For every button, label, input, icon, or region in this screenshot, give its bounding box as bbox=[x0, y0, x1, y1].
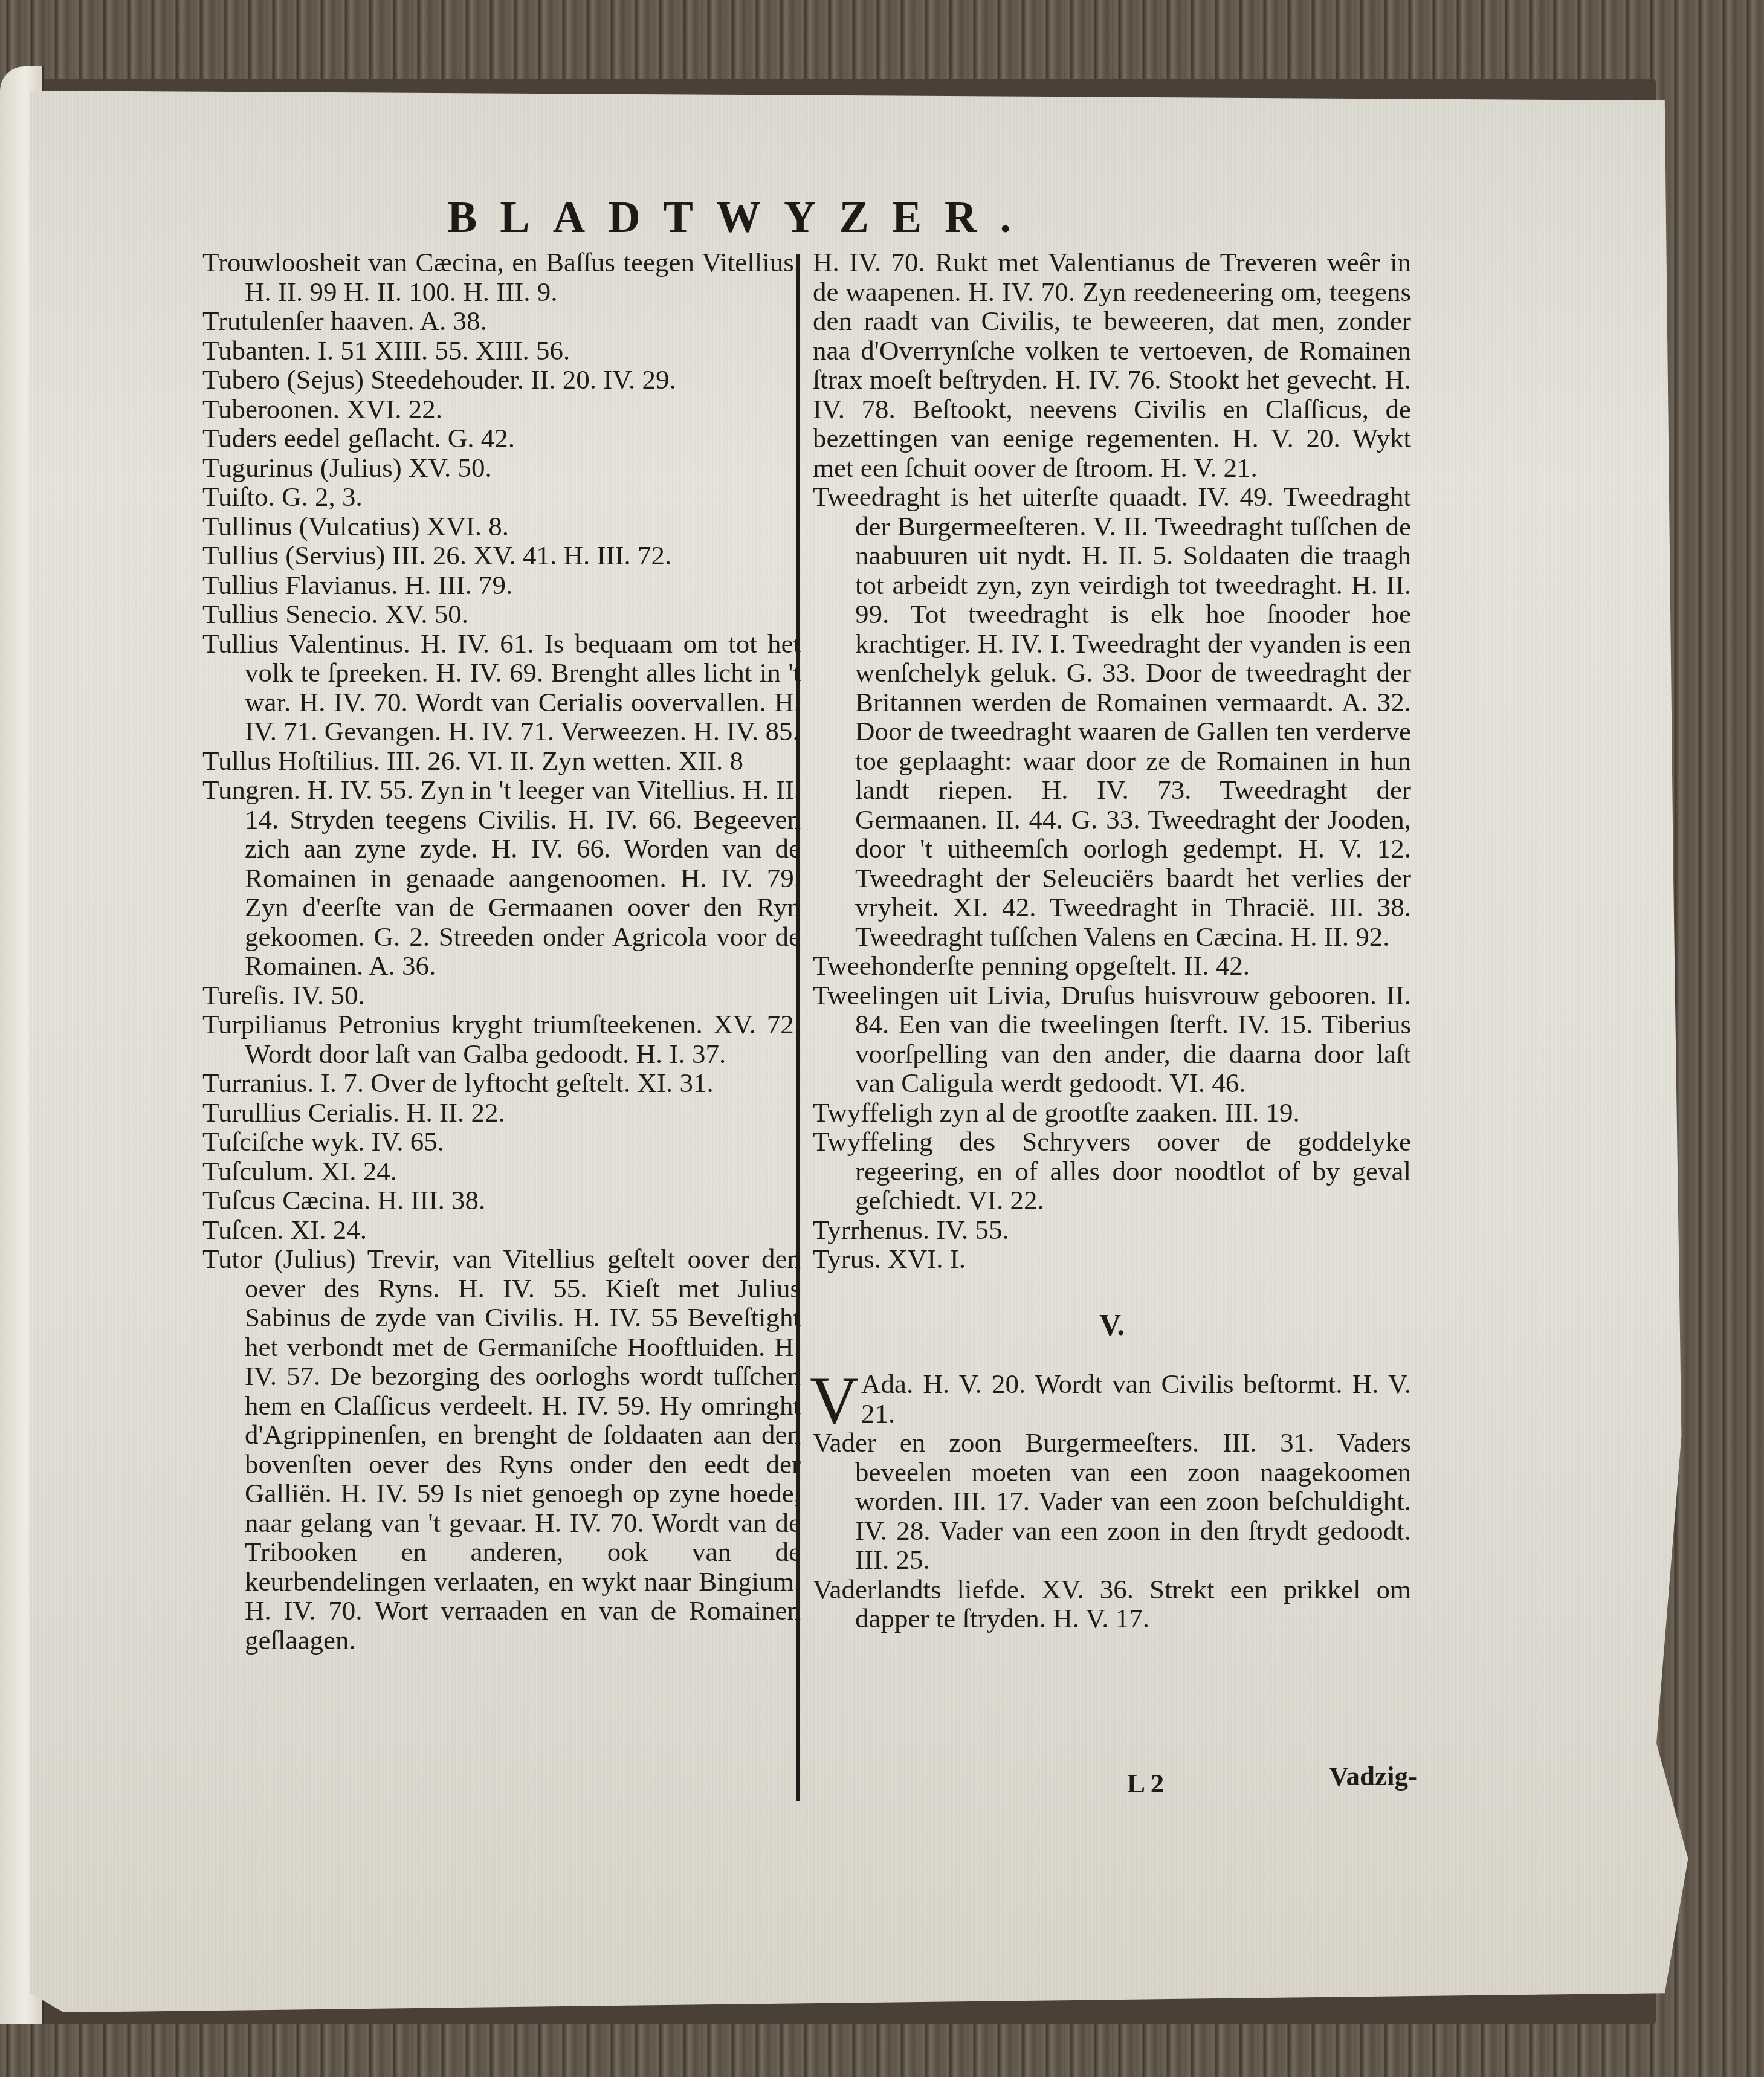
index-entry: Tuders eedel geſlacht. G. 42. bbox=[202, 424, 801, 453]
index-entry: Tullius Valentinus. H. IV. 61. Is bequaa… bbox=[202, 629, 801, 746]
index-entry: Tugurinus (Julius) XV. 50. bbox=[202, 453, 801, 483]
index-entry: Turpilianus Petronius kryght triumſteeke… bbox=[202, 1010, 801, 1068]
index-entry: Tweedraght is het uiterſte quaadt. IV. 4… bbox=[813, 482, 1411, 951]
catchword: Vadzig- bbox=[1329, 1760, 1417, 1792]
index-entry: Tyrus. XVI. I. bbox=[813, 1244, 1411, 1274]
index-column-left: Trouwloosheit van Cæcina, en Baſſus teeg… bbox=[202, 248, 801, 1655]
index-entry: Twyffeligh zyn al de grootſte zaaken. II… bbox=[813, 1098, 1411, 1128]
index-entry: Tullus Hoſtilius. III. 26. VI. II. Zyn w… bbox=[202, 746, 801, 776]
signature-mark: L 2 bbox=[1127, 1768, 1164, 1799]
index-entry: Tuſciſche wyk. IV. 65. bbox=[202, 1127, 801, 1157]
index-entry: Tyrrhenus. IV. 55. bbox=[813, 1215, 1411, 1245]
index-entry: Tullius Flavianus. H. III. 79. bbox=[202, 570, 801, 600]
index-entry: Trutulenſer haaven. A. 38. bbox=[202, 306, 801, 336]
index-entry: Tutor (Julius) Trevir, van Vitellius geſ… bbox=[202, 1244, 801, 1655]
section-letter-heading: V. bbox=[813, 1310, 1411, 1340]
index-entry: Turranius. I. 7. Over de lyftocht geſtel… bbox=[202, 1068, 801, 1098]
index-entry-dropcap: V Ada. H. V. 20. Wordt van Civilis beſto… bbox=[813, 1369, 1411, 1428]
drop-cap-letter: V bbox=[810, 1371, 859, 1431]
index-entry: Tuſcus Cæcina. H. III. 38. bbox=[202, 1186, 801, 1215]
index-entry: Tureſis. IV. 50. bbox=[202, 981, 801, 1010]
index-entry: Tweehonderſte penning opgeſtelt. II. 42. bbox=[813, 951, 1411, 981]
index-entry: Vader en zoon Burgermeeſters. III. 31. V… bbox=[813, 1428, 1411, 1575]
index-entry: Tullinus (Vulcatius) XVI. 8. bbox=[202, 512, 801, 541]
index-entry: Vaderlandts liefde. XV. 36. Strekt een p… bbox=[813, 1575, 1411, 1633]
index-entry: Turullius Cerialis. H. II. 22. bbox=[202, 1098, 801, 1128]
index-entry: Tubero (Sejus) Steedehouder. II. 20. IV.… bbox=[202, 365, 801, 395]
index-entry: Tweelingen uit Livia, Druſus huisvrouw g… bbox=[813, 981, 1411, 1098]
index-entry-continuation: H. IV. 70. Rukt met Valentianus de Treve… bbox=[813, 248, 1411, 482]
index-entry: Tungren. H. IV. 55. Zyn in 't leeger van… bbox=[202, 775, 801, 981]
index-entry: Tubanten. I. 51 XIII. 55. XIII. 56. bbox=[202, 336, 801, 366]
index-entry: Twyffeling des Schryvers oover de goddel… bbox=[813, 1127, 1411, 1215]
index-entry: Tullius Senecio. XV. 50. bbox=[202, 599, 801, 629]
page-title: BLADTWYZER. bbox=[447, 192, 1172, 244]
index-entry: Tuſculum. XI. 24. bbox=[202, 1157, 801, 1186]
index-entry: Tuberoonen. XVI. 22. bbox=[202, 395, 801, 424]
index-column-right: H. IV. 70. Rukt met Valentianus de Treve… bbox=[813, 248, 1411, 1633]
index-entry: Tuiſto. G. 2, 3. bbox=[202, 482, 801, 512]
index-entry: Tullius (Servius) III. 26. XV. 41. H. II… bbox=[202, 541, 801, 570]
index-entry-text: Ada. H. V. 20. Wordt van Civilis beſtorm… bbox=[861, 1369, 1411, 1429]
index-entry: Tuſcen. XI. 24. bbox=[202, 1215, 801, 1245]
index-entry: Trouwloosheit van Cæcina, en Baſſus teeg… bbox=[202, 248, 801, 306]
